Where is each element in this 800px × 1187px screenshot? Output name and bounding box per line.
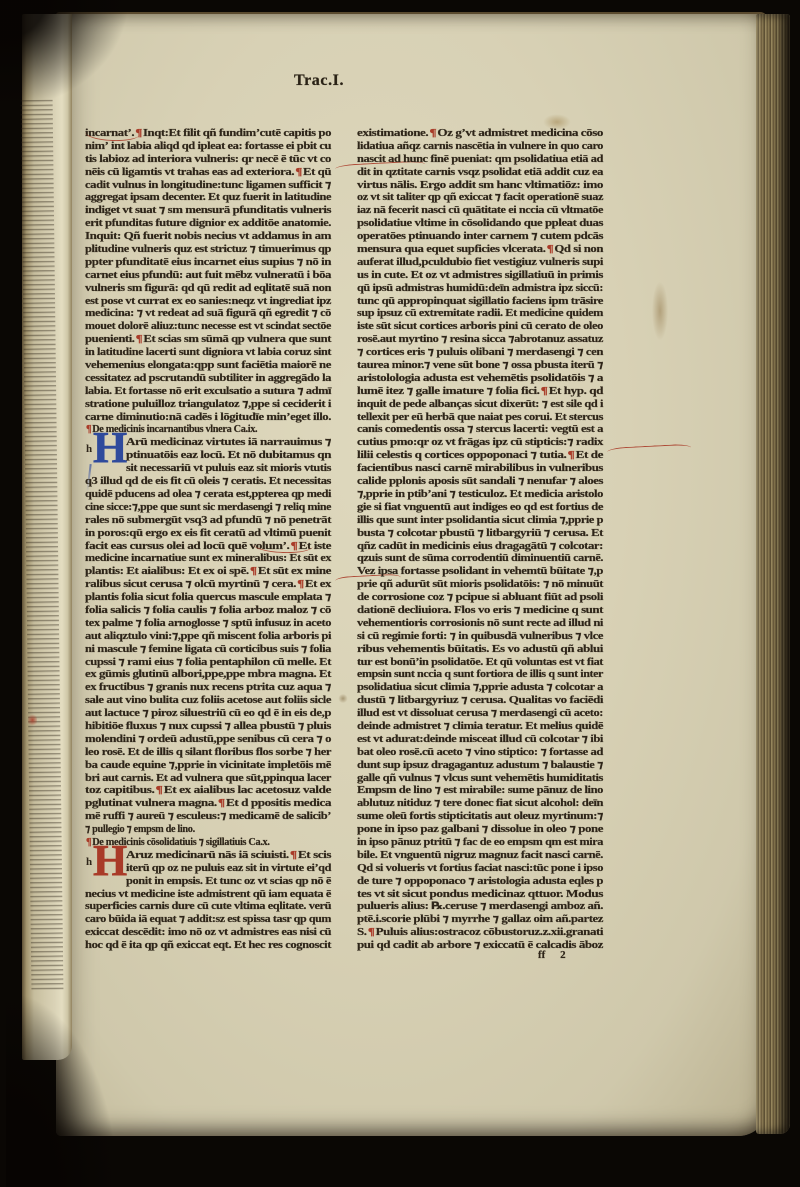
text-line: carnet eius pfundū: aut fuit mēbz vulner… <box>85 265 332 278</box>
text-line: medicina: ⁊ vt redeat ad suā figurā qñ e… <box>85 303 332 316</box>
text-line: incarnatʼ.¶Inqt:Et filit qñ fundimʼcutē … <box>85 123 332 136</box>
text-line: mouet dolorē aliuz:tunc necesse est vt s… <box>85 316 332 329</box>
text-line: tunc qū appropinquat sigillatio faciens … <box>357 291 604 304</box>
text-line: folia salicis ⁊ folia caulis ⁊ folia arb… <box>85 600 332 613</box>
text-line: aut aliqztulo vini:⁊,ppe qñ miscent foli… <box>85 626 332 639</box>
text-line: calide pplonis aposis sūt sandali ⁊ nenu… <box>357 471 604 484</box>
text-line: hibitiōe fluxus ⁊ nux cupssi ⁊ allea pbu… <box>85 716 332 729</box>
text-line: plantis folia sicut folia quercus mascul… <box>85 587 332 600</box>
text-line: deinde admistret ⁊ climia teratur. Et me… <box>357 716 604 729</box>
text-line: busta ⁊ colcotar pbustū ⁊ litbargyriū ⁊ … <box>357 523 604 536</box>
text-line: iterū qp oz ne puluis eaz sit in virtute… <box>85 858 332 871</box>
text-line: canis comedentis ossa ⁊ stercus lacerti:… <box>357 419 604 432</box>
text-line: sume oleū fortis stipticitatis aut oleuz… <box>357 806 604 819</box>
text-line: est vt adurat:deinde misceat illud cū co… <box>357 729 604 742</box>
text-line: tex palme ⁊ folia arnoglosse ⁊ sptū infu… <box>85 613 332 626</box>
text-line: ⁊ cortices eris ⁊ puluis olibani ⁊ merda… <box>357 342 604 355</box>
text-line: qzuis sunt de sūma corrodentiū diminuent… <box>357 548 604 561</box>
text-line: cupssi ⁊ rami eius ⁊ folia pentaphilon c… <box>85 652 332 665</box>
text-line: nēis cū ligamtis vt trahas eas ad exteri… <box>85 162 332 175</box>
text-line: sit necessariū vt puluis eaz sit mioris … <box>85 458 332 471</box>
text-line: vehemenius elongata:qpp sunt faciētia ma… <box>85 355 332 368</box>
text-line: est pose vt currat ex eo sanies:neqz vt … <box>85 291 332 304</box>
text-line: aristolologia adusta est vehemētis psoli… <box>357 368 604 381</box>
text-line: operatōes ptinuando inter carnem ⁊ cutem… <box>357 226 604 239</box>
text-line: de ture ⁊ oppoponaco ⁊ aristologia adust… <box>357 871 604 884</box>
text-line: plantis: Et aialibus: Et ex oi spē.¶Et s… <box>85 561 332 574</box>
text-line: cessitatez ad pscrutandū subtiliter in a… <box>85 368 332 381</box>
text-line: oz vt sit taliter qp qñ exiccat ⁊ facit … <box>357 187 604 200</box>
text-line: dustū ⁊ litbargyriuz ⁊ cerusa. Qualitas … <box>357 690 604 703</box>
text-line: pone in ipso paz galbani ⁊ dissolue in o… <box>357 819 604 832</box>
text-line: aggregat ipsam decenter. Et quz fuerit i… <box>85 187 332 200</box>
text-line: tellexit per eū herbā que naiat pes coru… <box>357 407 604 420</box>
text-line: us in cute. Et oz vt admistres sigillati… <box>357 265 604 278</box>
text-line: lilii celestis q cortices oppoponaci ⁊ t… <box>357 445 604 458</box>
text-line: ba caude equine ⁊,pprie in vicinitate im… <box>85 755 332 768</box>
text-column-left: incarnatʼ.¶Inqt:Et filit qñ fundimʼcutē … <box>85 123 332 948</box>
text-line: necius vt medicine iste admistrent qū ia… <box>85 884 332 897</box>
text-line: ribus vehementis būitatis. Es vo adustū … <box>357 639 604 652</box>
facing-page-text-texture <box>21 98 64 990</box>
text-line: erit pfunditas future dignior ex additōe… <box>85 213 332 226</box>
text-line: dationē decliuiora. Flos vo eris ⁊ medic… <box>357 600 604 613</box>
text-line: ppter pfunditatē eius incarnet eius supi… <box>85 252 332 265</box>
text-line: leo rosē. Et de illis q silant floribus … <box>85 742 332 755</box>
text-column-right: existimatione.¶Oz gʼvt admistret medicin… <box>357 123 604 948</box>
text-line: rosē.aut myrtino ⁊ resina sicca ⁊abrotan… <box>357 329 604 342</box>
text-line: labia. Et fortasse nō erit exculsatio a … <box>85 381 332 394</box>
page-fore-edge <box>756 14 790 1134</box>
text-line: lumē itez ⁊ galle imature ⁊ folia fici.¶… <box>357 381 604 394</box>
text-line: quidē pducens ad olea ⁊ cerata est,ppter… <box>85 484 332 497</box>
text-line: toz capitibus.¶Et ex aialibus lac acetos… <box>85 780 332 793</box>
text-line: qū ipsū admistras humidū:deīn admistra i… <box>357 278 604 291</box>
text-line: hoc qd ē ita qp qñ exiccat eqt. Et hec r… <box>85 935 332 948</box>
text-line: vehementioris corrosionis nō sunt recte … <box>357 613 604 626</box>
text-line: empsin sunt nccia q sunt fortiora de ill… <box>357 664 604 677</box>
text-line: auferat illud,pculdubio fiet vestigiuz v… <box>357 252 604 265</box>
text-line: Empsm de lino ⁊ est mirabile: sume pānuz… <box>357 780 604 793</box>
text-line: cutius pmo:qr oz vt frāgas ipz cū stipti… <box>357 432 604 445</box>
text-line: ptinuatōis eaz locū. Et nō dubitamus qn <box>85 445 332 458</box>
text-line: iste sūt sicut cortices arboris pini cū … <box>357 316 604 329</box>
text-line: psolidatiue vltime in cōsolidando que pp… <box>357 213 604 226</box>
text-line: iaz nā fecerit nasci cū quātitate ei ncc… <box>357 200 604 213</box>
text-line: dit in qztitate carnis vsqz psolidat eti… <box>357 162 604 175</box>
text-line: ex fructibus ⁊ granis nux recens ptrita … <box>85 677 332 690</box>
text-line: facit eas cursus olei ad locū quē volumʼ… <box>85 536 332 549</box>
text-line: si cū regimie forti: ⁊ in quibusdā vulne… <box>357 626 604 639</box>
text-line: stratione puluilloz triangulatoz ⁊,ppe s… <box>85 394 332 407</box>
text-line: galle qñ vulnus ⁊ vlcus sunt vehemētis h… <box>357 768 604 781</box>
text-line: gie si fiat vnguentū aut indiges eo qd e… <box>357 497 604 510</box>
text-line: facientibus nasci carnē mirabilibus in v… <box>357 458 604 471</box>
text-line: indiget vt suat ⁊ sm mensurā pfunditatis… <box>85 200 332 213</box>
text-line: ni mascule ⁊ femine ligata cū corticibus… <box>85 639 332 652</box>
text-line: ⁊,pprie in ptibʼani ⁊ testiculoz. Et med… <box>357 484 604 497</box>
text-line: S.¶Puluis alius:ostracoz cōbustoruz.z.xi… <box>357 922 604 935</box>
text-line: q3 illud qd de eis fit cū oleis ⁊ cerati… <box>85 471 332 484</box>
text-line: bile. Et vnguentū nigruz magnuz facit na… <box>357 845 604 858</box>
text-line: carne diminutio:nā cadēs i lōgitudīe min… <box>85 407 332 420</box>
text-line: de corrosione coz ⁊ pcipue si abluant fi… <box>357 587 604 600</box>
quire-signature: ff 2 <box>538 949 566 961</box>
text-line: Arū medicinaz virtutes iā narrauimus ⁊hH <box>85 432 332 445</box>
text-line: cine sicce:⁊,ppe que sunt sic merdasengi… <box>85 497 332 510</box>
text-line: prie qñ adurūt sūt mioris psolidatōis: ⁊… <box>357 574 604 587</box>
text-line: ralibus sicut cerusa ⁊ olcū myrtinū ⁊ ce… <box>85 574 332 587</box>
text-line: illud est vt dissoluat cerusa ⁊ merdasen… <box>357 703 604 716</box>
text-line: plitudine vulneris quz est strictuz ⁊ ti… <box>85 239 332 252</box>
text-line: Inquit: Qñ fuerit nobis necius vt addamu… <box>85 226 332 239</box>
text-line: molendini ⁊ ordeū adustū,ppe senibus cū … <box>85 729 332 742</box>
text-line: Aruz medicinarū nās iā sciuisti.¶Et scis… <box>85 845 332 858</box>
book-page: Trac.I. incarnatʼ.¶Inqt:Et filit qñ fund… <box>56 12 768 1136</box>
text-line: lidatiua añqz carnis nascētia in vulnere… <box>357 136 604 149</box>
gutter-shadow-top <box>0 0 130 110</box>
text-line: pulueris alius: ℞.ceruse ⁊ merdasengi am… <box>357 896 604 909</box>
text-line: taurea minor.⁊ vene sūt bone ⁊ ossa pbus… <box>357 355 604 368</box>
text-line: ptē.i.scorie plūbi ⁊ myrrhe ⁊ gallaz oim… <box>357 909 604 922</box>
text-line: exiccat descēdit: imo nō oz vt admistres… <box>85 922 332 935</box>
text-line: Qd si volueris vt fortius faciat nasci:t… <box>357 858 604 871</box>
text-line: in ipso pānuz ptritū ⁊ fac de eo empsm q… <box>357 832 604 845</box>
text-line: puenienti.¶Et scias sm sūmā qp vulnera q… <box>85 329 332 342</box>
text-line: mensura qua equet supficies vlcerata.¶Qd… <box>357 239 604 252</box>
text-line: nascit ad hunc finē pueniat: qm psolidat… <box>357 149 604 162</box>
text-line: pglutinat vulnera magna.¶Et d ppositis m… <box>85 793 332 806</box>
text-line: vulneris sm figurā: qd qū redit ad eqlit… <box>85 278 332 291</box>
text-line: psolidatiua sicut climia ⁊,pprie adusta … <box>357 677 604 690</box>
text-line: superficies carnis dure cū cute vltima e… <box>85 896 332 909</box>
running-header: Trac.I. <box>294 72 344 90</box>
gutter-shadow-bottom <box>6 996 116 1187</box>
text-line: existimatione.¶Oz gʼvt admistret medicin… <box>357 123 604 136</box>
text-line: in latitudine lacerti sunt digniora vt l… <box>85 342 332 355</box>
text-line: in poros:qū ergo ex eis fit ceratū ad vl… <box>85 523 332 536</box>
text-line: bat oleo rosē.cū aceto ⁊ vino stiptico: … <box>357 742 604 755</box>
text-line: bri aut carnis. Et ad vulnera que sūt,pp… <box>85 768 332 781</box>
text-line: ⁊ pullegio ⁊ empsm de lino. <box>85 819 332 832</box>
text-line: tur est bonūʼin psolidatōe. Et qū volunt… <box>357 652 604 665</box>
text-line: medicine incarnatiue sunt ex mineralibus… <box>85 548 332 561</box>
text-line: ex gūmis glutinū albori,ppe,ppe mbra mag… <box>85 664 332 677</box>
text-line: nimʼ int labia aliqd qd ipleat ea: forta… <box>85 136 332 149</box>
text-line: dunt sup ipsuz dragagantuz adustum ⁊ bal… <box>357 755 604 768</box>
text-line: rales nō submergūt vsq3 ad pfundū ⁊ nō p… <box>85 510 332 523</box>
text-line: caro būida iā equat ⁊ addit:sz est spiss… <box>85 909 332 922</box>
text-line: tis labioz ad interiora vulneris: qr nec… <box>85 149 332 162</box>
text-line: Vez ipsa fortasse psolidant in vehemtū b… <box>357 561 604 574</box>
text-line: cadit vulnus in longitudine:tunc ligamen… <box>85 175 332 188</box>
text-line: mē ruffi ⁊ aureū ⁊ esculeus:⁊ medicamē d… <box>85 806 332 819</box>
text-line: illis que sunt inter psolidantia sicut c… <box>357 510 604 523</box>
text-line: tes vt sit sicut pondus medicinaz qttuor… <box>357 884 604 897</box>
text-line: inquit de pede albanças sicut dixerūt: ⁊… <box>357 394 604 407</box>
text-line: sale aut vino bulita cuz foliis acetose … <box>85 690 332 703</box>
facing-page-rubric-mark <box>28 714 37 726</box>
text-line: ponit in empsis. Et tunc oz vt scias qp … <box>85 871 332 884</box>
facing-page-edge <box>22 14 72 1060</box>
text-line: qñz cadūt in medicinis eius dragagātū ⁊ … <box>357 536 604 549</box>
rubric-flourish <box>607 444 691 456</box>
text-line: pui qd cadit ab arbore ⁊ exiccatū ē calc… <box>357 935 604 948</box>
incunabulum-photo: Trac.I. incarnatʼ.¶Inqt:Et filit qñ fund… <box>0 0 800 1187</box>
text-line: virtus nālis. Ergo addit sm hanc vltimat… <box>357 175 604 188</box>
text-line: ablutuz nitiduz ⁊ tere donec fiat sicut … <box>357 793 604 806</box>
text-line: sup ipsuz cū extremitate radii. Et medic… <box>357 303 604 316</box>
text-line: aut lactuce ⁊ piroz siluestriū cū eo qd … <box>85 703 332 716</box>
